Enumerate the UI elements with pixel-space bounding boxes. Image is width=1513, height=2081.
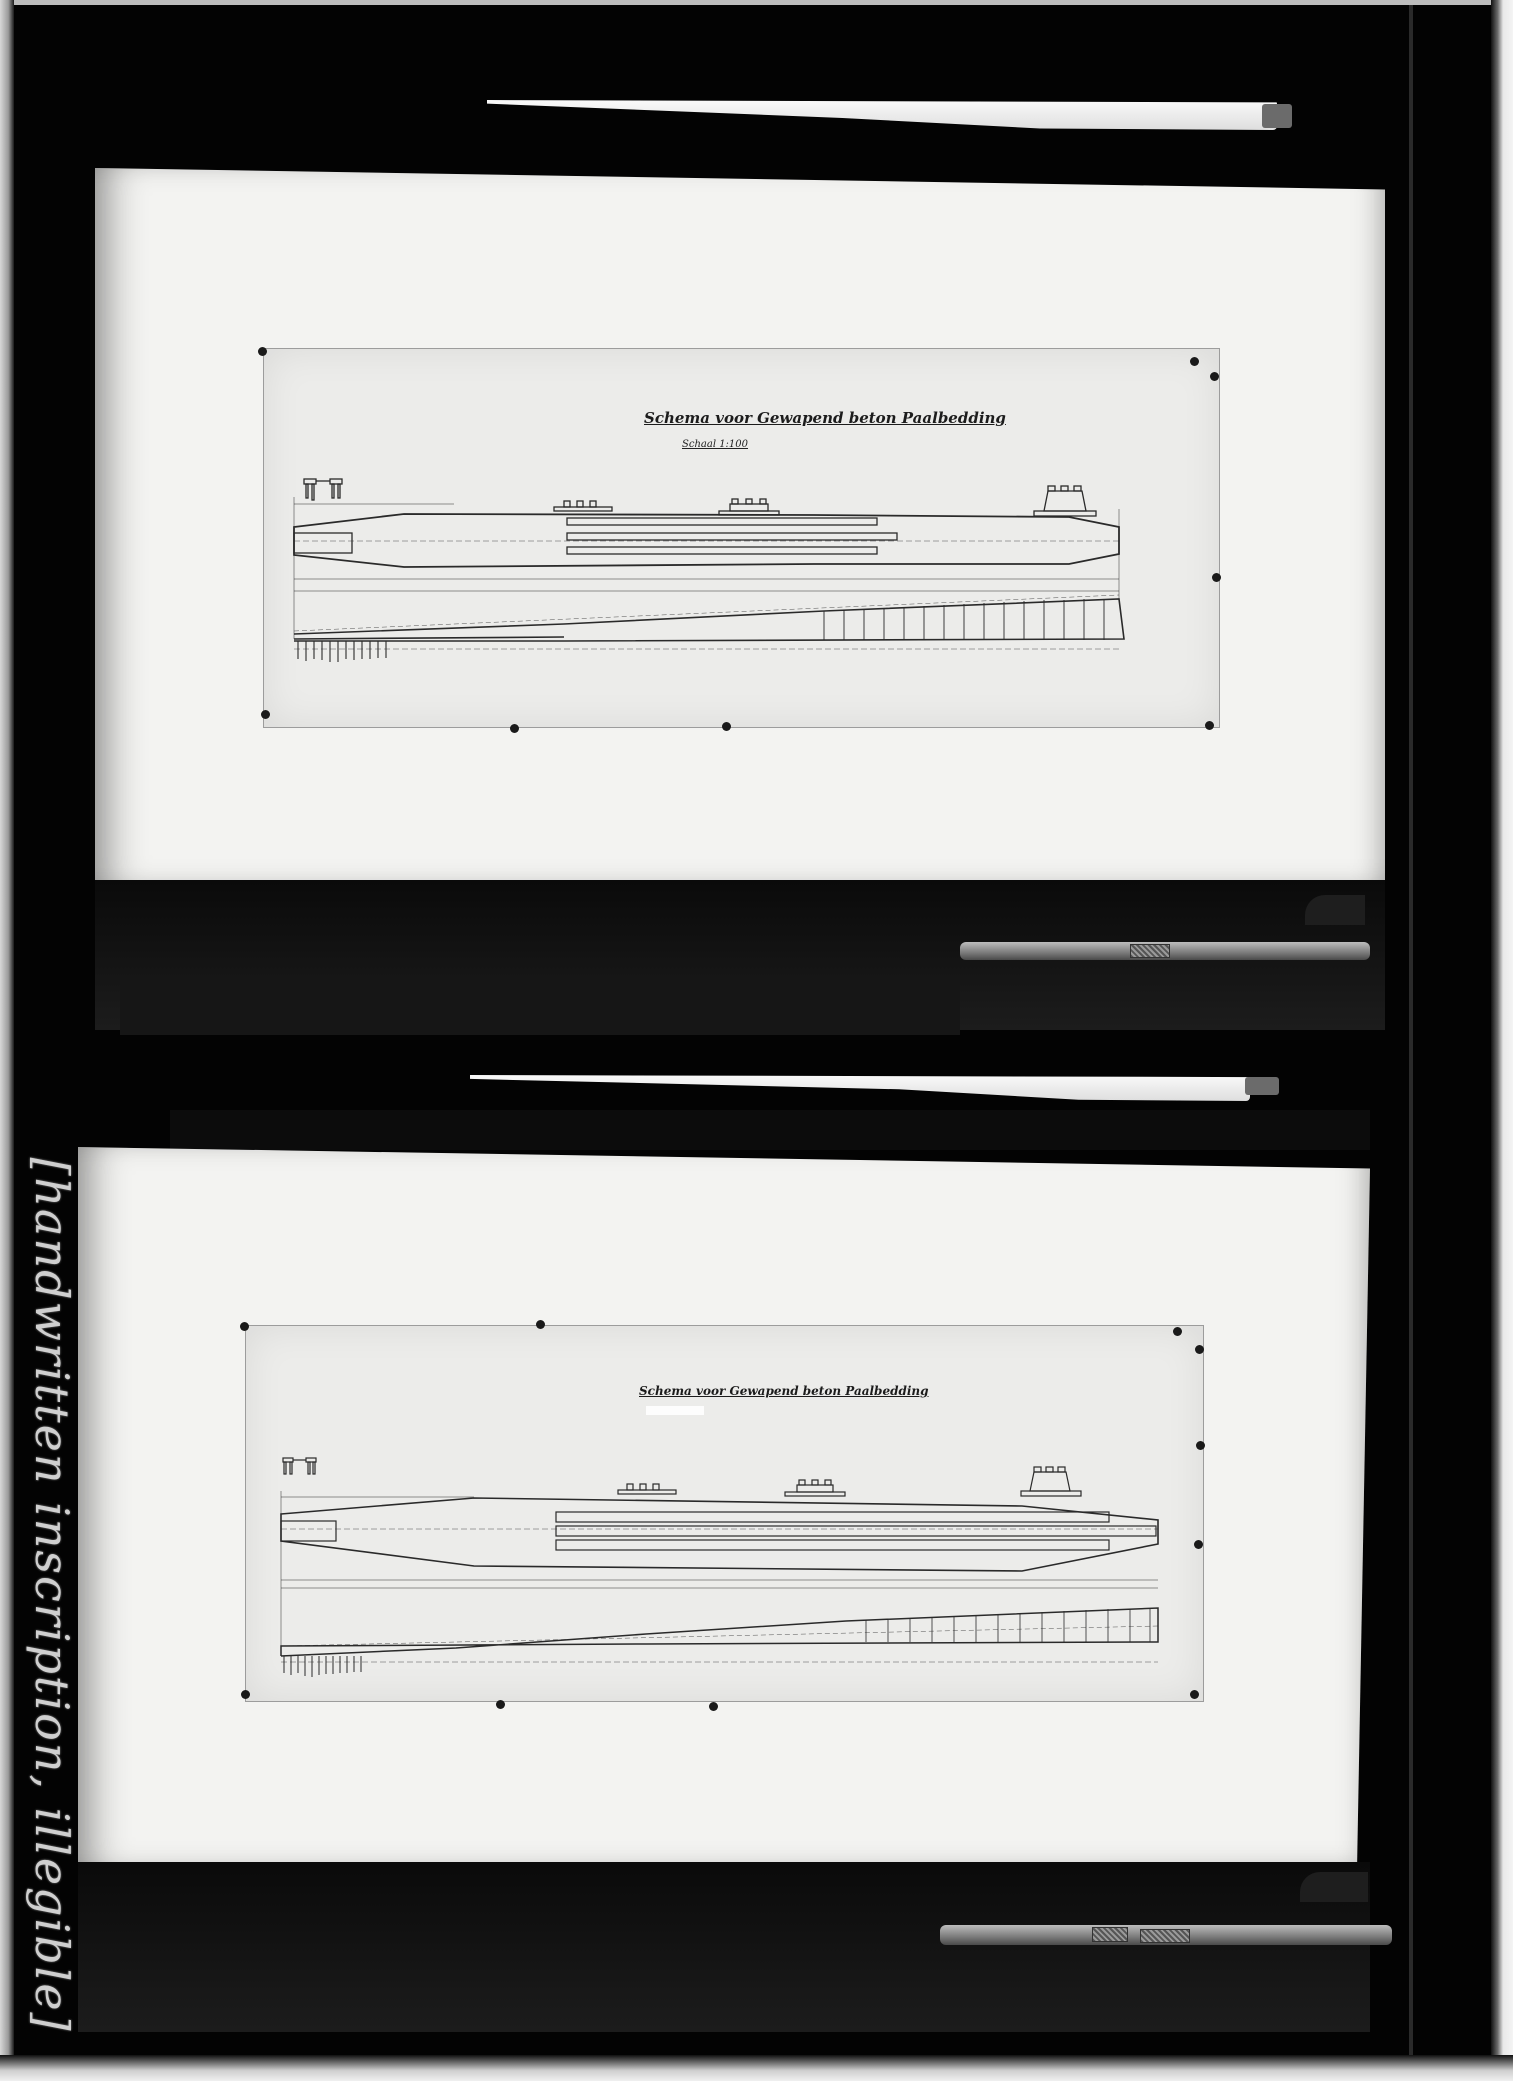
- cross-section-detail-icon: [304, 479, 342, 500]
- clip-grip: [1092, 1927, 1128, 1942]
- cross-section-1-icon: [618, 1484, 676, 1494]
- cross-section-1-icon: [554, 501, 612, 511]
- clip-grip: [1130, 944, 1170, 958]
- corner-bracket: [1300, 1872, 1368, 1902]
- clip-grip: [1140, 1929, 1190, 1943]
- pin: [1194, 1540, 1203, 1549]
- pin: [258, 347, 267, 356]
- pin: [1195, 1345, 1204, 1354]
- technical-drawing-bottom: [246, 1326, 1203, 1701]
- elevation-view: [281, 1608, 1158, 1677]
- plate-edge-left: [0, 0, 14, 2081]
- cross-section-detail-icon: [283, 1458, 316, 1474]
- pin: [261, 710, 270, 719]
- frame-rail: [1409, 5, 1413, 2055]
- pin: [1173, 1327, 1182, 1336]
- pin: [1196, 1441, 1205, 1450]
- pin: [241, 1690, 250, 1699]
- plan-view-outline: [281, 1498, 1158, 1571]
- metal-clip-top: [960, 942, 1370, 960]
- cross-section-2-icon: [719, 499, 779, 515]
- technical-drawing-top: [264, 349, 1219, 727]
- pin: [536, 1320, 545, 1329]
- cross-section-3-icon: [1021, 1467, 1081, 1496]
- pin: [1210, 372, 1219, 381]
- shelf-band: [120, 975, 960, 1035]
- pin: [709, 1702, 718, 1711]
- metal-clip-bottom: [940, 1925, 1392, 1945]
- pin: [496, 1700, 505, 1709]
- plate-edge-bottom: [0, 2055, 1513, 2081]
- pin: [1212, 573, 1221, 582]
- pin: [1205, 721, 1214, 730]
- shadow-band-bottom: [78, 1862, 1370, 2032]
- photo-plate: [handwritten inscription, illegible] Sch…: [0, 0, 1513, 2081]
- pin: [510, 724, 519, 733]
- margin-inscription-text: [handwritten inscription, illegible]: [25, 1157, 79, 2032]
- margin-inscription: [handwritten inscription, illegible]: [22, 1165, 82, 2025]
- elevation-view: [294, 595, 1124, 662]
- strip-cap: [1262, 104, 1292, 128]
- drawing-sheet-bottom: Schema voor Gewapend beton Paalbedding: [245, 1325, 1204, 1702]
- cross-section-2-icon: [785, 1480, 845, 1496]
- corner-bracket: [1305, 895, 1365, 925]
- door-panel-band: [170, 1110, 1370, 1150]
- plate-edge-right: [1491, 0, 1513, 2081]
- strip-cap: [1245, 1077, 1279, 1095]
- pin: [240, 1322, 249, 1331]
- drawing-sheet-top: Schema voor Gewapend beton Paalbedding S…: [263, 348, 1220, 728]
- pin: [1190, 1690, 1199, 1699]
- pin: [1190, 357, 1199, 366]
- cross-section-3-icon: [1034, 486, 1096, 516]
- pin: [722, 722, 731, 731]
